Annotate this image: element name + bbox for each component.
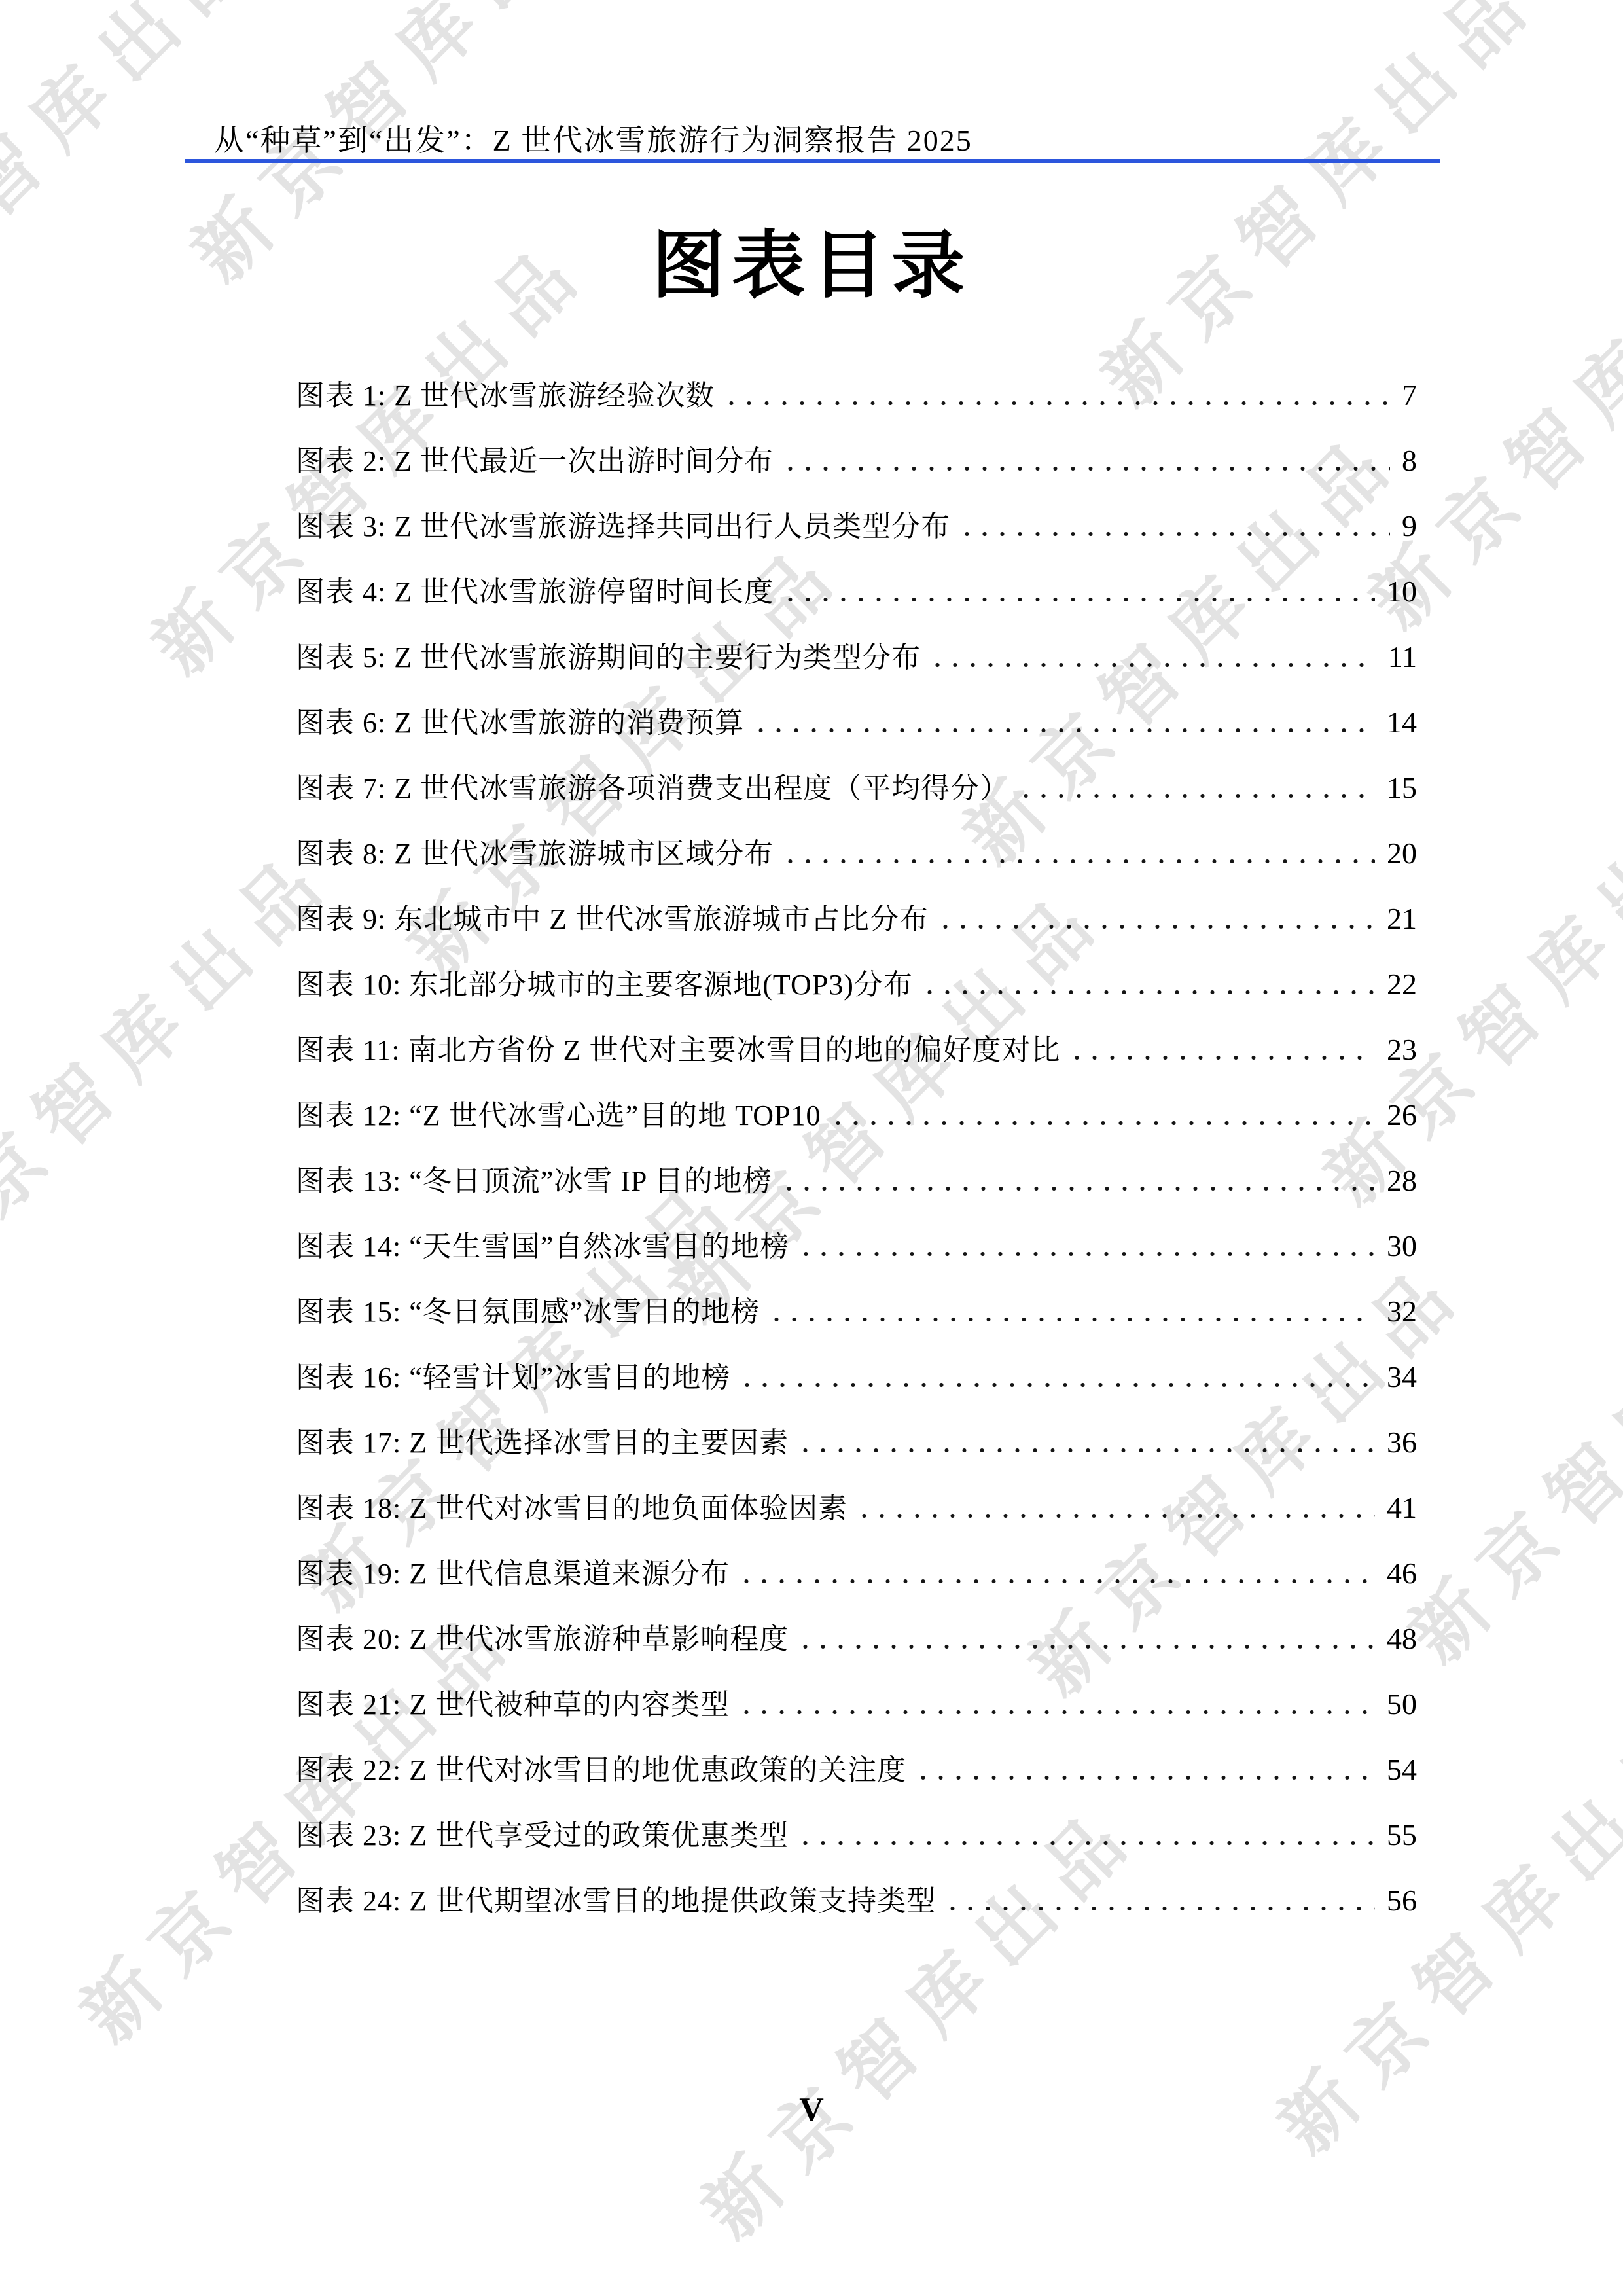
- toc-entry-page: 36: [1387, 1425, 1417, 1460]
- dot-leader: [738, 1382, 1375, 1388]
- toc-entry-inner: 图表 17: Z 世代选择冰雪目的主要因素 36: [296, 1419, 1417, 1461]
- toc-entry-label: 图表 7: Z 世代冰雪旅游各项消费支出程度（平均得分）: [296, 764, 1009, 806]
- toc-entry-page: 20: [1387, 836, 1417, 870]
- dot-leader: [781, 466, 1390, 471]
- toc-entry-inner: 图表 18: Z 世代对冰雪目的地负面体验因素 41: [296, 1484, 1417, 1526]
- dot-leader: [781, 859, 1375, 864]
- toc-entry-page: 9: [1402, 509, 1417, 543]
- dot-leader: [738, 1710, 1375, 1715]
- toc-entry-label: 图表 20: Z 世代冰雪旅游种草影响程度: [296, 1615, 789, 1657]
- dot-leader: [781, 597, 1375, 602]
- toc-entry-label: 图表 14: “天生雪国”自然冰雪目的地榜: [296, 1223, 789, 1265]
- toc-entry-inner: 图表 24: Z 世代期望冰雪目的地提供政策支持类型 56: [296, 1877, 1417, 1919]
- toc-entry-page: 21: [1387, 901, 1417, 936]
- toc-entry-page: 11: [1388, 639, 1417, 674]
- toc-entry-inner: 图表 21: Z 世代被种草的内容类型 50: [296, 1681, 1417, 1723]
- toc-entry[interactable]: 图表 4: Z 世代冰雪旅游停留时间长度 10: [296, 556, 1417, 622]
- toc-entry-label: 图表 15: “冬日氛围感”冰雪目的地榜: [296, 1288, 760, 1330]
- document-page: 新京智库出品新京智库出品新京智库出品新京智库出品新京智库出品新京智库出品新京智库…: [0, 0, 1623, 2296]
- toc-entry[interactable]: 图表 3: Z 世代冰雪旅游选择共同出行人员类型分布 9: [296, 491, 1417, 556]
- toc-entry-label: 图表 6: Z 世代冰雪旅游的消费预算: [296, 699, 744, 741]
- toc-entry-inner: 图表 20: Z 世代冰雪旅游种草影响程度 48: [296, 1615, 1417, 1657]
- toc-entry-inner: 图表 6: Z 世代冰雪旅游的消费预算 14: [296, 699, 1417, 741]
- dot-leader: [829, 1121, 1376, 1126]
- toc-entry-label: 图表 18: Z 世代对冰雪目的地负面体验因素: [296, 1484, 847, 1526]
- toc-entry[interactable]: 图表 19: Z 世代信息渠道来源分布 46: [296, 1538, 1417, 1604]
- toc-entry-label: 图表 21: Z 世代被种草的内容类型: [296, 1681, 730, 1723]
- dot-leader: [796, 1448, 1375, 1453]
- toc-entry-label: 图表 1: Z 世代冰雪旅游经验次数: [296, 372, 715, 414]
- toc-entry[interactable]: 图表 11: 南北方省份 Z 世代对主要冰雪目的地的偏好度对比 23: [296, 1014, 1417, 1080]
- dot-leader: [780, 1186, 1375, 1191]
- dot-leader: [936, 924, 1375, 929]
- toc-entry[interactable]: 图表 17: Z 世代选择冰雪目的主要因素 36: [296, 1407, 1417, 1473]
- toc-entry-page: 41: [1387, 1490, 1417, 1525]
- toc-entry[interactable]: 图表 20: Z 世代冰雪旅游种草影响程度 48: [296, 1604, 1417, 1669]
- toc-entry-inner: 图表 5: Z 世代冰雪旅游期间的主要行为类型分布 11: [296, 634, 1417, 675]
- dot-leader: [929, 662, 1376, 668]
- header-rule: [185, 159, 1440, 163]
- toc-entry-inner: 图表 14: “天生雪国”自然冰雪目的地榜 30: [296, 1223, 1417, 1265]
- dot-leader: [722, 401, 1390, 406]
- toc-entry[interactable]: 图表 6: Z 世代冰雪旅游的消费预算 14: [296, 687, 1417, 753]
- toc-entry-page: 50: [1387, 1687, 1417, 1721]
- toc-entry-label: 图表 4: Z 世代冰雪旅游停留时间长度: [296, 568, 774, 610]
- toc-entry-label: 图表 24: Z 世代期望冰雪目的地提供政策支持类型: [296, 1877, 936, 1919]
- toc-entry-inner: 图表 11: 南北方省份 Z 世代对主要冰雪目的地的偏好度对比 23: [296, 1026, 1417, 1068]
- toc-entry-page: 28: [1387, 1163, 1417, 1198]
- toc-entry[interactable]: 图表 2: Z 世代最近一次出游时间分布 8: [296, 425, 1417, 491]
- toc-entry-inner: 图表 16: “轻雪计划”冰雪目的地榜 34: [296, 1354, 1417, 1395]
- toc-list: 图表 1: Z 世代冰雪旅游经验次数 7 图表 2: Z 世代最近一次出游时间分…: [296, 360, 1417, 1931]
- toc-entry[interactable]: 图表 13: “冬日顶流”冰雪 IP 目的地榜 28: [296, 1145, 1417, 1211]
- toc-entry-inner: 图表 4: Z 世代冰雪旅游停留时间长度 10: [296, 568, 1417, 610]
- toc-entry-page: 22: [1387, 967, 1417, 1001]
- page-number: V: [0, 2090, 1623, 2129]
- toc-entry-inner: 图表 19: Z 世代信息渠道来源分布 46: [296, 1550, 1417, 1592]
- toc-entry-page: 34: [1387, 1359, 1417, 1394]
- toc-entry-label: 图表 13: “冬日顶流”冰雪 IP 目的地榜: [296, 1157, 772, 1199]
- toc-entry-inner: 图表 13: “冬日顶流”冰雪 IP 目的地榜 28: [296, 1157, 1417, 1199]
- dot-leader: [738, 1579, 1375, 1584]
- toc-entry-inner: 图表 22: Z 世代对冰雪目的地优惠政策的关注度 54: [296, 1746, 1417, 1788]
- toc-entry[interactable]: 图表 15: “冬日氛围感”冰雪目的地榜 32: [296, 1276, 1417, 1342]
- watermark-text: 新京智库出品: [1381, 1198, 1623, 1682]
- toc-entry-page: 48: [1387, 1621, 1417, 1656]
- dot-leader: [796, 1644, 1375, 1649]
- toc-entry[interactable]: 图表 16: “轻雪计划”冰雪目的地榜 34: [296, 1342, 1417, 1407]
- toc-entry[interactable]: 图表 10: 东北部分城市的主要客源地(TOP3)分布 22: [296, 949, 1417, 1014]
- dot-leader: [1068, 1055, 1375, 1060]
- toc-entry[interactable]: 图表 12: “Z 世代冰雪心选”目的地 TOP10 26: [296, 1080, 1417, 1145]
- toc-entry-inner: 图表 2: Z 世代最近一次出游时间分布 8: [296, 437, 1417, 479]
- toc-entry[interactable]: 图表 1: Z 世代冰雪旅游经验次数 7: [296, 360, 1417, 425]
- toc-entry[interactable]: 图表 22: Z 世代对冰雪目的地优惠政策的关注度 54: [296, 1734, 1417, 1800]
- toc-entry[interactable]: 图表 9: 东北城市中 Z 世代冰雪旅游城市占比分布 21: [296, 884, 1417, 949]
- dot-leader: [944, 1906, 1375, 1911]
- toc-entry[interactable]: 图表 14: “天生雪国”自然冰雪目的地榜 30: [296, 1211, 1417, 1276]
- page-title: 图表目录: [0, 207, 1623, 312]
- toc-entry-label: 图表 23: Z 世代享受过的政策优惠类型: [296, 1812, 789, 1854]
- toc-entry-page: 55: [1387, 1818, 1417, 1852]
- toc-entry[interactable]: 图表 24: Z 世代期望冰雪目的地提供政策支持类型 56: [296, 1865, 1417, 1931]
- dot-leader: [1017, 793, 1375, 798]
- dot-leader: [958, 531, 1390, 537]
- toc-entry-page: 7: [1402, 378, 1417, 412]
- running-header: 从“种草”到“出发”：Z 世代冰雪旅游行为洞察报告 2025: [214, 117, 972, 160]
- toc-entry[interactable]: 图表 8: Z 世代冰雪旅游城市区域分布 20: [296, 818, 1417, 884]
- toc-entry[interactable]: 图表 7: Z 世代冰雪旅游各项消费支出程度（平均得分） 15: [296, 753, 1417, 818]
- toc-entry-label: 图表 3: Z 世代冰雪旅游选择共同出行人员类型分布: [296, 503, 950, 545]
- dot-leader: [752, 728, 1375, 733]
- toc-entry-page: 54: [1387, 1752, 1417, 1787]
- toc-entry-label: 图表 12: “Z 世代冰雪心选”目的地 TOP10: [296, 1092, 821, 1134]
- toc-entry[interactable]: 图表 23: Z 世代享受过的政策优惠类型 55: [296, 1800, 1417, 1865]
- dot-leader: [921, 990, 1375, 995]
- toc-entry-page: 15: [1387, 770, 1417, 805]
- toc-entry[interactable]: 图表 5: Z 世代冰雪旅游期间的主要行为类型分布 11: [296, 622, 1417, 687]
- toc-entry-label: 图表 11: 南北方省份 Z 世代对主要冰雪目的地的偏好度对比: [296, 1026, 1060, 1068]
- toc-entry-inner: 图表 9: 东北城市中 Z 世代冰雪旅游城市占比分布 21: [296, 895, 1417, 937]
- toc-entry-label: 图表 5: Z 世代冰雪旅游期间的主要行为类型分布: [296, 634, 921, 675]
- toc-entry-inner: 图表 15: “冬日氛围感”冰雪目的地榜 32: [296, 1288, 1417, 1330]
- toc-entry-label: 图表 17: Z 世代选择冰雪目的主要因素: [296, 1419, 789, 1461]
- toc-entry-page: 56: [1387, 1883, 1417, 1918]
- toc-entry-inner: 图表 23: Z 世代享受过的政策优惠类型 55: [296, 1812, 1417, 1854]
- toc-entry-inner: 图表 3: Z 世代冰雪旅游选择共同出行人员类型分布 9: [296, 503, 1417, 545]
- toc-entry-inner: 图表 1: Z 世代冰雪旅游经验次数 7: [296, 372, 1417, 414]
- toc-entry-inner: 图表 7: Z 世代冰雪旅游各项消费支出程度（平均得分） 15: [296, 764, 1417, 806]
- toc-entry-page: 8: [1402, 443, 1417, 478]
- dot-leader: [796, 1840, 1375, 1846]
- toc-entry[interactable]: 图表 21: Z 世代被种草的内容类型 50: [296, 1669, 1417, 1734]
- toc-entry-page: 46: [1387, 1556, 1417, 1590]
- toc-entry-label: 图表 10: 东北部分城市的主要客源地(TOP3)分布: [296, 961, 913, 1003]
- toc-entry-page: 30: [1387, 1229, 1417, 1263]
- toc-entry-page: 10: [1387, 574, 1417, 609]
- toc-entry-page: 14: [1387, 705, 1417, 740]
- toc-entry-label: 图表 19: Z 世代信息渠道来源分布: [296, 1550, 730, 1592]
- toc-entry-label: 图表 16: “轻雪计划”冰雪目的地榜: [296, 1354, 730, 1395]
- toc-entry-page: 23: [1387, 1032, 1417, 1067]
- toc-entry-label: 图表 22: Z 世代对冰雪目的地优惠政策的关注度: [296, 1746, 906, 1788]
- dot-leader: [797, 1251, 1375, 1257]
- dot-leader: [768, 1317, 1375, 1322]
- toc-entry-label: 图表 9: 东北城市中 Z 世代冰雪旅游城市占比分布: [296, 895, 929, 937]
- toc-entry-page: 32: [1387, 1294, 1417, 1329]
- toc-entry-inner: 图表 12: “Z 世代冰雪心选”目的地 TOP10 26: [296, 1092, 1417, 1134]
- dot-leader: [914, 1775, 1375, 1780]
- toc-entry-inner: 图表 8: Z 世代冰雪旅游城市区域分布 20: [296, 830, 1417, 872]
- toc-entry-label: 图表 8: Z 世代冰雪旅游城市区域分布: [296, 830, 774, 872]
- toc-entry-page: 26: [1387, 1098, 1417, 1132]
- toc-entry[interactable]: 图表 18: Z 世代对冰雪目的地负面体验因素 41: [296, 1473, 1417, 1538]
- toc-entry-inner: 图表 10: 东北部分城市的主要客源地(TOP3)分布 22: [296, 961, 1417, 1003]
- toc-entry-label: 图表 2: Z 世代最近一次出游时间分布: [296, 437, 774, 479]
- watermark-text: 新京智库出品: [0, 0, 281, 373]
- dot-leader: [855, 1513, 1375, 1518]
